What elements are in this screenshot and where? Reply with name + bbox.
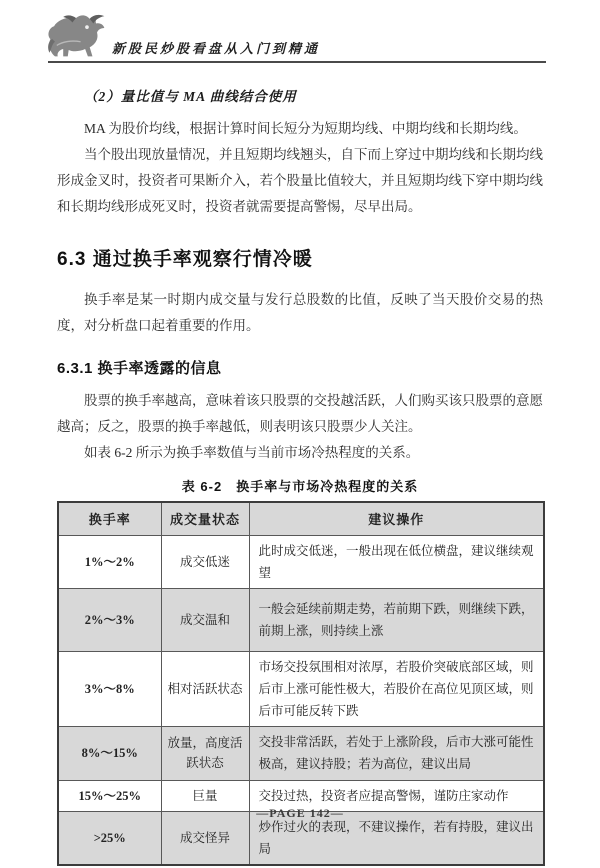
cell-advice: 市场交投氛围相对浓厚，若股价突破底部区域，则后市上涨可能性极大，若股价在高位见顶… [249, 651, 544, 726]
table-caption: 表 6-2 换手率与市场冷热程度的关系 [57, 476, 543, 495]
paragraph-turnover-intro: 换手率是某一时期内成交量与发行总股数的比值，反映了当天股价交易的热度，对分析盘口… [57, 287, 543, 339]
bull-logo-icon [44, 14, 108, 64]
paragraph-table-reference: 如表 6-2 所示为换手率数值与当前市场冷热程度的关系。 [57, 440, 543, 466]
cell-turnover-range: 2%～3% [58, 588, 161, 651]
list-item-heading: （2）量比值与 MA 曲线结合使用 [57, 86, 543, 108]
book-title: 新股民炒股看盘从入门到精通 [112, 38, 320, 57]
table-row: 2%～3% 成交温和 一般会延续前期走势，若前期下跌，则继续下跌，前期上涨，则持… [58, 588, 544, 651]
table-header-row: 换手率 成交量状态 建议操作 [58, 502, 544, 535]
book-page: 新股民炒股看盘从入门到精通 （2）量比值与 MA 曲线结合使用 MA 为股价均线… [0, 0, 600, 868]
paragraph-ma: MA 为股价均线，根据计算时间长短分为短期均线、中期均线和长期均线。 [57, 116, 543, 142]
paragraph-stock: 当个股出现放量情况，并且短期均线翘头，自下而上穿过中期均线和长期均线形成金叉时，… [57, 142, 543, 220]
paragraph-turnover-meaning: 股票的换手率越高，意味着该只股票的交投越活跃，人们购买该只股票的意愿越高；反之，… [57, 388, 543, 440]
header-rule [48, 61, 546, 63]
cell-volume-state: 相对活跃状态 [161, 651, 249, 726]
cell-turnover-range: 8%～15% [58, 726, 161, 780]
cell-volume-state: 成交低迷 [161, 535, 249, 588]
column-header-advice: 建议操作 [249, 502, 544, 535]
cell-turnover-range: 3%～8% [58, 651, 161, 726]
page-number: —PAGE 142— [256, 806, 343, 820]
page-content: （2）量比值与 MA 曲线结合使用 MA 为股价均线，根据计算时间长短分为短期均… [57, 86, 543, 866]
cell-advice: 此时成交低迷，一般出现在低位横盘，建议继续观望 [249, 535, 544, 588]
page-header: 新股民炒股看盘从入门到精通 [0, 0, 600, 70]
page-footer: —PAGE 142— [0, 806, 600, 821]
column-header-turnover: 换手率 [58, 502, 161, 535]
cell-volume-state: 放量，高度活跃状态 [161, 726, 249, 780]
subsection-heading-6-3-1: 6.3.1 换手率透露的信息 [57, 357, 543, 378]
section-heading-6-3: 6.3 通过换手率观察行情冷暖 [57, 244, 543, 271]
table-row: 1%～2% 成交低迷 此时成交低迷，一般出现在低位横盘，建议继续观望 [58, 535, 544, 588]
column-header-volume-state: 成交量状态 [161, 502, 249, 535]
cell-advice: 交投非常活跃，若处于上涨阶段，后市大涨可能性极高，建议持股；若为高位，建议出局 [249, 726, 544, 780]
table-row: 3%～8% 相对活跃状态 市场交投氛围相对浓厚，若股价突破底部区域，则后市上涨可… [58, 651, 544, 726]
cell-turnover-range: 1%～2% [58, 535, 161, 588]
cell-advice: 一般会延续前期走势，若前期下跌，则继续下跌，前期上涨，则持续上涨 [249, 588, 544, 651]
cell-volume-state: 成交温和 [161, 588, 249, 651]
table-row: 8%～15% 放量，高度活跃状态 交投非常活跃，若处于上涨阶段，后市大涨可能性极… [58, 726, 544, 780]
